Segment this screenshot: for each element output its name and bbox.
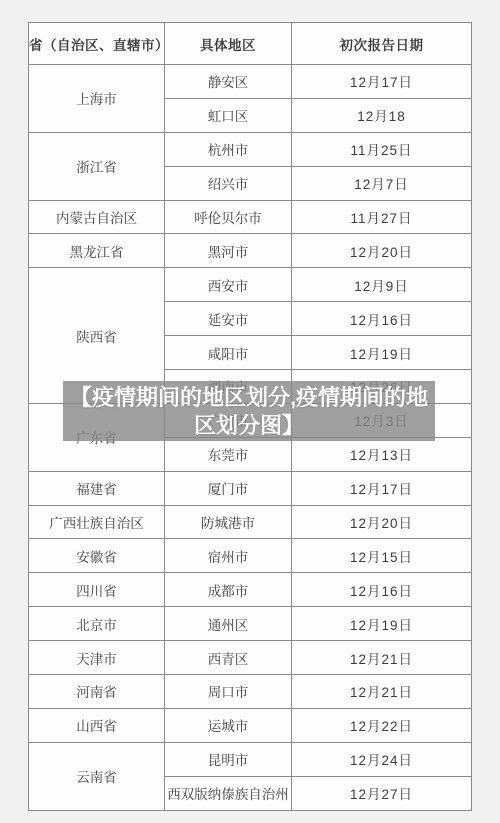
watermark-overlay: 【疫情期间的地区划分,疫情期间的地 区划分图】 (63, 381, 435, 441)
area-cell: 虹口区 (165, 98, 292, 132)
province-cell: 广西壮族自治区 (29, 505, 165, 539)
province-cell: 河南省 (29, 675, 165, 709)
table-row: 黑龙江省黑河市12月20日 (29, 234, 472, 268)
province-cell: 黑龙江省 (29, 234, 165, 268)
area-cell: 西安市 (165, 268, 292, 302)
watermark-text-line1: 【疫情期间的地区划分,疫情期间的地 (70, 385, 428, 410)
table-row: 云南省昆明市12月24日 (29, 742, 472, 776)
report-date-cell: 12月16日 (292, 302, 472, 336)
area-cell: 西青区 (165, 641, 292, 675)
area-cell: 静安区 (165, 65, 292, 99)
report-date-cell: 12月17日 (292, 65, 472, 99)
table-row: 陕西省西安市12月9日 (29, 268, 472, 302)
report-date-cell: 12月21日 (292, 641, 472, 675)
area-cell: 绍兴市 (165, 166, 292, 200)
area-cell: 运城市 (165, 708, 292, 742)
province-cell: 上海市 (29, 65, 165, 133)
table-row: 天津市西青区12月21日 (29, 641, 472, 675)
province-cell: 天津市 (29, 641, 165, 675)
report-date-cell: 12月15日 (292, 539, 472, 573)
area-cell: 宿州市 (165, 539, 292, 573)
area-cell: 昆明市 (165, 742, 292, 776)
table-row: 内蒙古自治区呼伦贝尔市11月27日 (29, 200, 472, 234)
report-date-cell: 12月18 (292, 98, 472, 132)
area-cell: 成都市 (165, 573, 292, 607)
table-row: 福建省厦门市12月17日 (29, 471, 472, 505)
page-background: 省（自治区、直辖市） 具体地区 初次报告日期 上海市静安区12月17日虹口区12… (0, 0, 500, 823)
watermark-text-line2: 区划分图】 (194, 413, 304, 438)
report-date-cell: 12月7日 (292, 166, 472, 200)
table-row: 浙江省杭州市11月25日 (29, 132, 472, 166)
province-cell: 北京市 (29, 607, 165, 641)
header-date: 初次报告日期 (292, 23, 472, 65)
province-cell: 安徽省 (29, 539, 165, 573)
area-cell: 呼伦贝尔市 (165, 200, 292, 234)
report-date-cell: 12月9日 (292, 268, 472, 302)
table-row: 安徽省宿州市12月15日 (29, 539, 472, 573)
area-cell: 黑河市 (165, 234, 292, 268)
report-date-cell: 12月21日 (292, 675, 472, 709)
area-cell: 防城港市 (165, 505, 292, 539)
table-row: 河南省周口市12月21日 (29, 675, 472, 709)
header-area: 具体地区 (165, 23, 292, 65)
report-date-cell: 12月17日 (292, 471, 472, 505)
table-row: 广西壮族自治区防城港市12月20日 (29, 505, 472, 539)
report-date-cell: 12月16日 (292, 573, 472, 607)
report-date-cell: 12月20日 (292, 234, 472, 268)
report-date-cell: 12月22日 (292, 708, 472, 742)
province-cell: 山西省 (29, 708, 165, 742)
area-cell: 东莞市 (165, 437, 292, 471)
province-cell: 福建省 (29, 471, 165, 505)
report-date-cell: 12月20日 (292, 505, 472, 539)
table-row: 北京市通州区12月19日 (29, 607, 472, 641)
report-date-cell: 12月13日 (292, 437, 472, 471)
report-date-cell: 11月25日 (292, 132, 472, 166)
area-cell: 杭州市 (165, 132, 292, 166)
area-cell: 咸阳市 (165, 336, 292, 370)
area-cell: 西双版纳傣族自治州 (165, 776, 292, 810)
area-cell: 周口市 (165, 675, 292, 709)
table-row: 四川省成都市12月16日 (29, 573, 472, 607)
report-date-cell: 11月27日 (292, 200, 472, 234)
province-cell: 内蒙古自治区 (29, 200, 165, 234)
province-cell: 四川省 (29, 573, 165, 607)
province-cell: 云南省 (29, 742, 165, 810)
province-cell: 浙江省 (29, 132, 165, 200)
header-province: 省（自治区、直辖市） (29, 23, 165, 65)
header-row: 省（自治区、直辖市） 具体地区 初次报告日期 (29, 23, 472, 65)
area-cell: 通州区 (165, 607, 292, 641)
area-cell: 延安市 (165, 302, 292, 336)
table-row: 山西省运城市12月22日 (29, 708, 472, 742)
report-date-cell: 12月24日 (292, 742, 472, 776)
table-row: 上海市静安区12月17日 (29, 65, 472, 99)
report-date-cell: 12月19日 (292, 336, 472, 370)
area-cell: 厦门市 (165, 471, 292, 505)
report-date-cell: 12月19日 (292, 607, 472, 641)
report-date-cell: 12月27日 (292, 776, 472, 810)
